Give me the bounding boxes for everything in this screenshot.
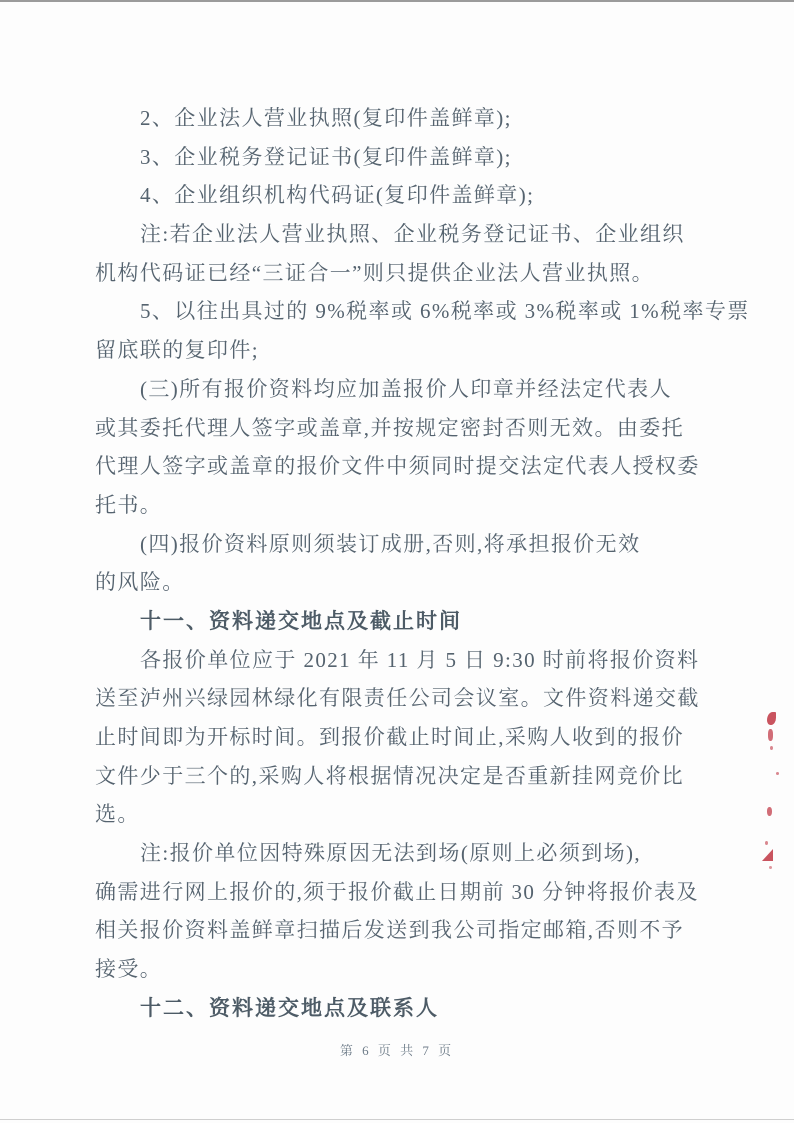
clause-three-line-2: 或其委托代理人签字或盖章,并按规定密封否则无效。由委托: [95, 409, 705, 448]
clause-three-line-1: (三)所有报价资料均应加盖报价人印章并经法定代表人: [95, 370, 705, 409]
clause-three-line-3: 代理人签字或盖章的报价文件中须同时提交法定代表人授权委: [95, 447, 705, 486]
red-seal-fragment-icon: [765, 841, 768, 845]
note-three-in-one-line-1: 注:若企业法人营业执照、企业税务登记证书、企业组织: [95, 215, 705, 254]
note-three-in-one-line-2: 机构代码证已经“三证合一”则只提供企业法人营业执照。: [95, 254, 705, 293]
scanned-document-page: 2、企业法人营业执照(复印件盖鲜章); 3、企业税务登记证书(复印件盖鲜章); …: [0, 0, 794, 1123]
clause-four-line-1: (四)报价资料原则须装订成册,否则,将承担报价无效: [95, 525, 705, 564]
section-eleven-line-2: 送至泸州兴绿园林绿化有限责任公司会议室。文件资料递交截: [95, 679, 705, 718]
scan-bottom-edge: [0, 1119, 794, 1120]
clause-three-line-4: 托书。: [95, 486, 705, 525]
note-remote-bidding-line-3: 相关报价资料盖鲜章扫描后发送到我公司指定邮箱,否则不予: [95, 911, 705, 950]
section-eleven-line-1: 各报价单位应于 2021 年 11 月 5 日 9:30 时前将报价资料: [95, 641, 705, 680]
note-remote-bidding-line-4: 接受。: [95, 950, 705, 989]
red-seal-fragment-icon: [767, 807, 772, 816]
list-item-tax-rate-invoices-1: 5、以往出具过的 9%税率或 6%税率或 3%税率或 1%税率专票: [95, 292, 705, 331]
section-heading-eleven: 十一、资料递交地点及截止时间: [95, 602, 705, 641]
section-eleven-line-5: 选。: [95, 795, 705, 834]
section-heading-twelve: 十二、资料递交地点及联系人: [95, 989, 705, 1028]
list-item-org-code-certificate: 4、企业组织机构代码证(复印件盖鲜章);: [95, 176, 705, 215]
page-number: 第 6 页 共 7 页: [0, 1040, 794, 1059]
red-seal-fragment-icon: [770, 746, 773, 750]
list-item-business-license: 2、企业法人营业执照(复印件盖鲜章);: [95, 99, 705, 138]
list-item-tax-rate-invoices-2: 留底联的复印件;: [95, 331, 705, 370]
section-eleven-line-3: 止时间即为开标时间。到报价截止时间止,采购人收到的报价: [95, 718, 705, 757]
section-eleven-line-4: 文件少于三个的,采购人将根据情况决定是否重新挂网竞价比: [95, 757, 705, 796]
clause-four-line-2: 的风险。: [95, 563, 705, 602]
red-seal-fragment-icon: [767, 712, 776, 725]
red-seal-fragment-icon: [776, 772, 779, 775]
document-body: 2、企业法人营业执照(复印件盖鲜章); 3、企业税务登记证书(复印件盖鲜章); …: [95, 99, 705, 1028]
note-remote-bidding-line-2: 确需进行网上报价的,须于报价截止日期前 30 分钟将报价表及: [95, 873, 705, 912]
red-seal-fragment-icon: [768, 729, 773, 741]
list-item-tax-certificate: 3、企业税务登记证书(复印件盖鲜章);: [95, 138, 705, 177]
red-seal-fragment-icon: [769, 866, 772, 869]
scan-top-edge: [0, 0, 794, 2]
note-remote-bidding-line-1: 注:报价单位因特殊原因无法到场(原则上必须到场),: [95, 834, 705, 873]
red-seal-fragment-icon: [762, 849, 773, 861]
